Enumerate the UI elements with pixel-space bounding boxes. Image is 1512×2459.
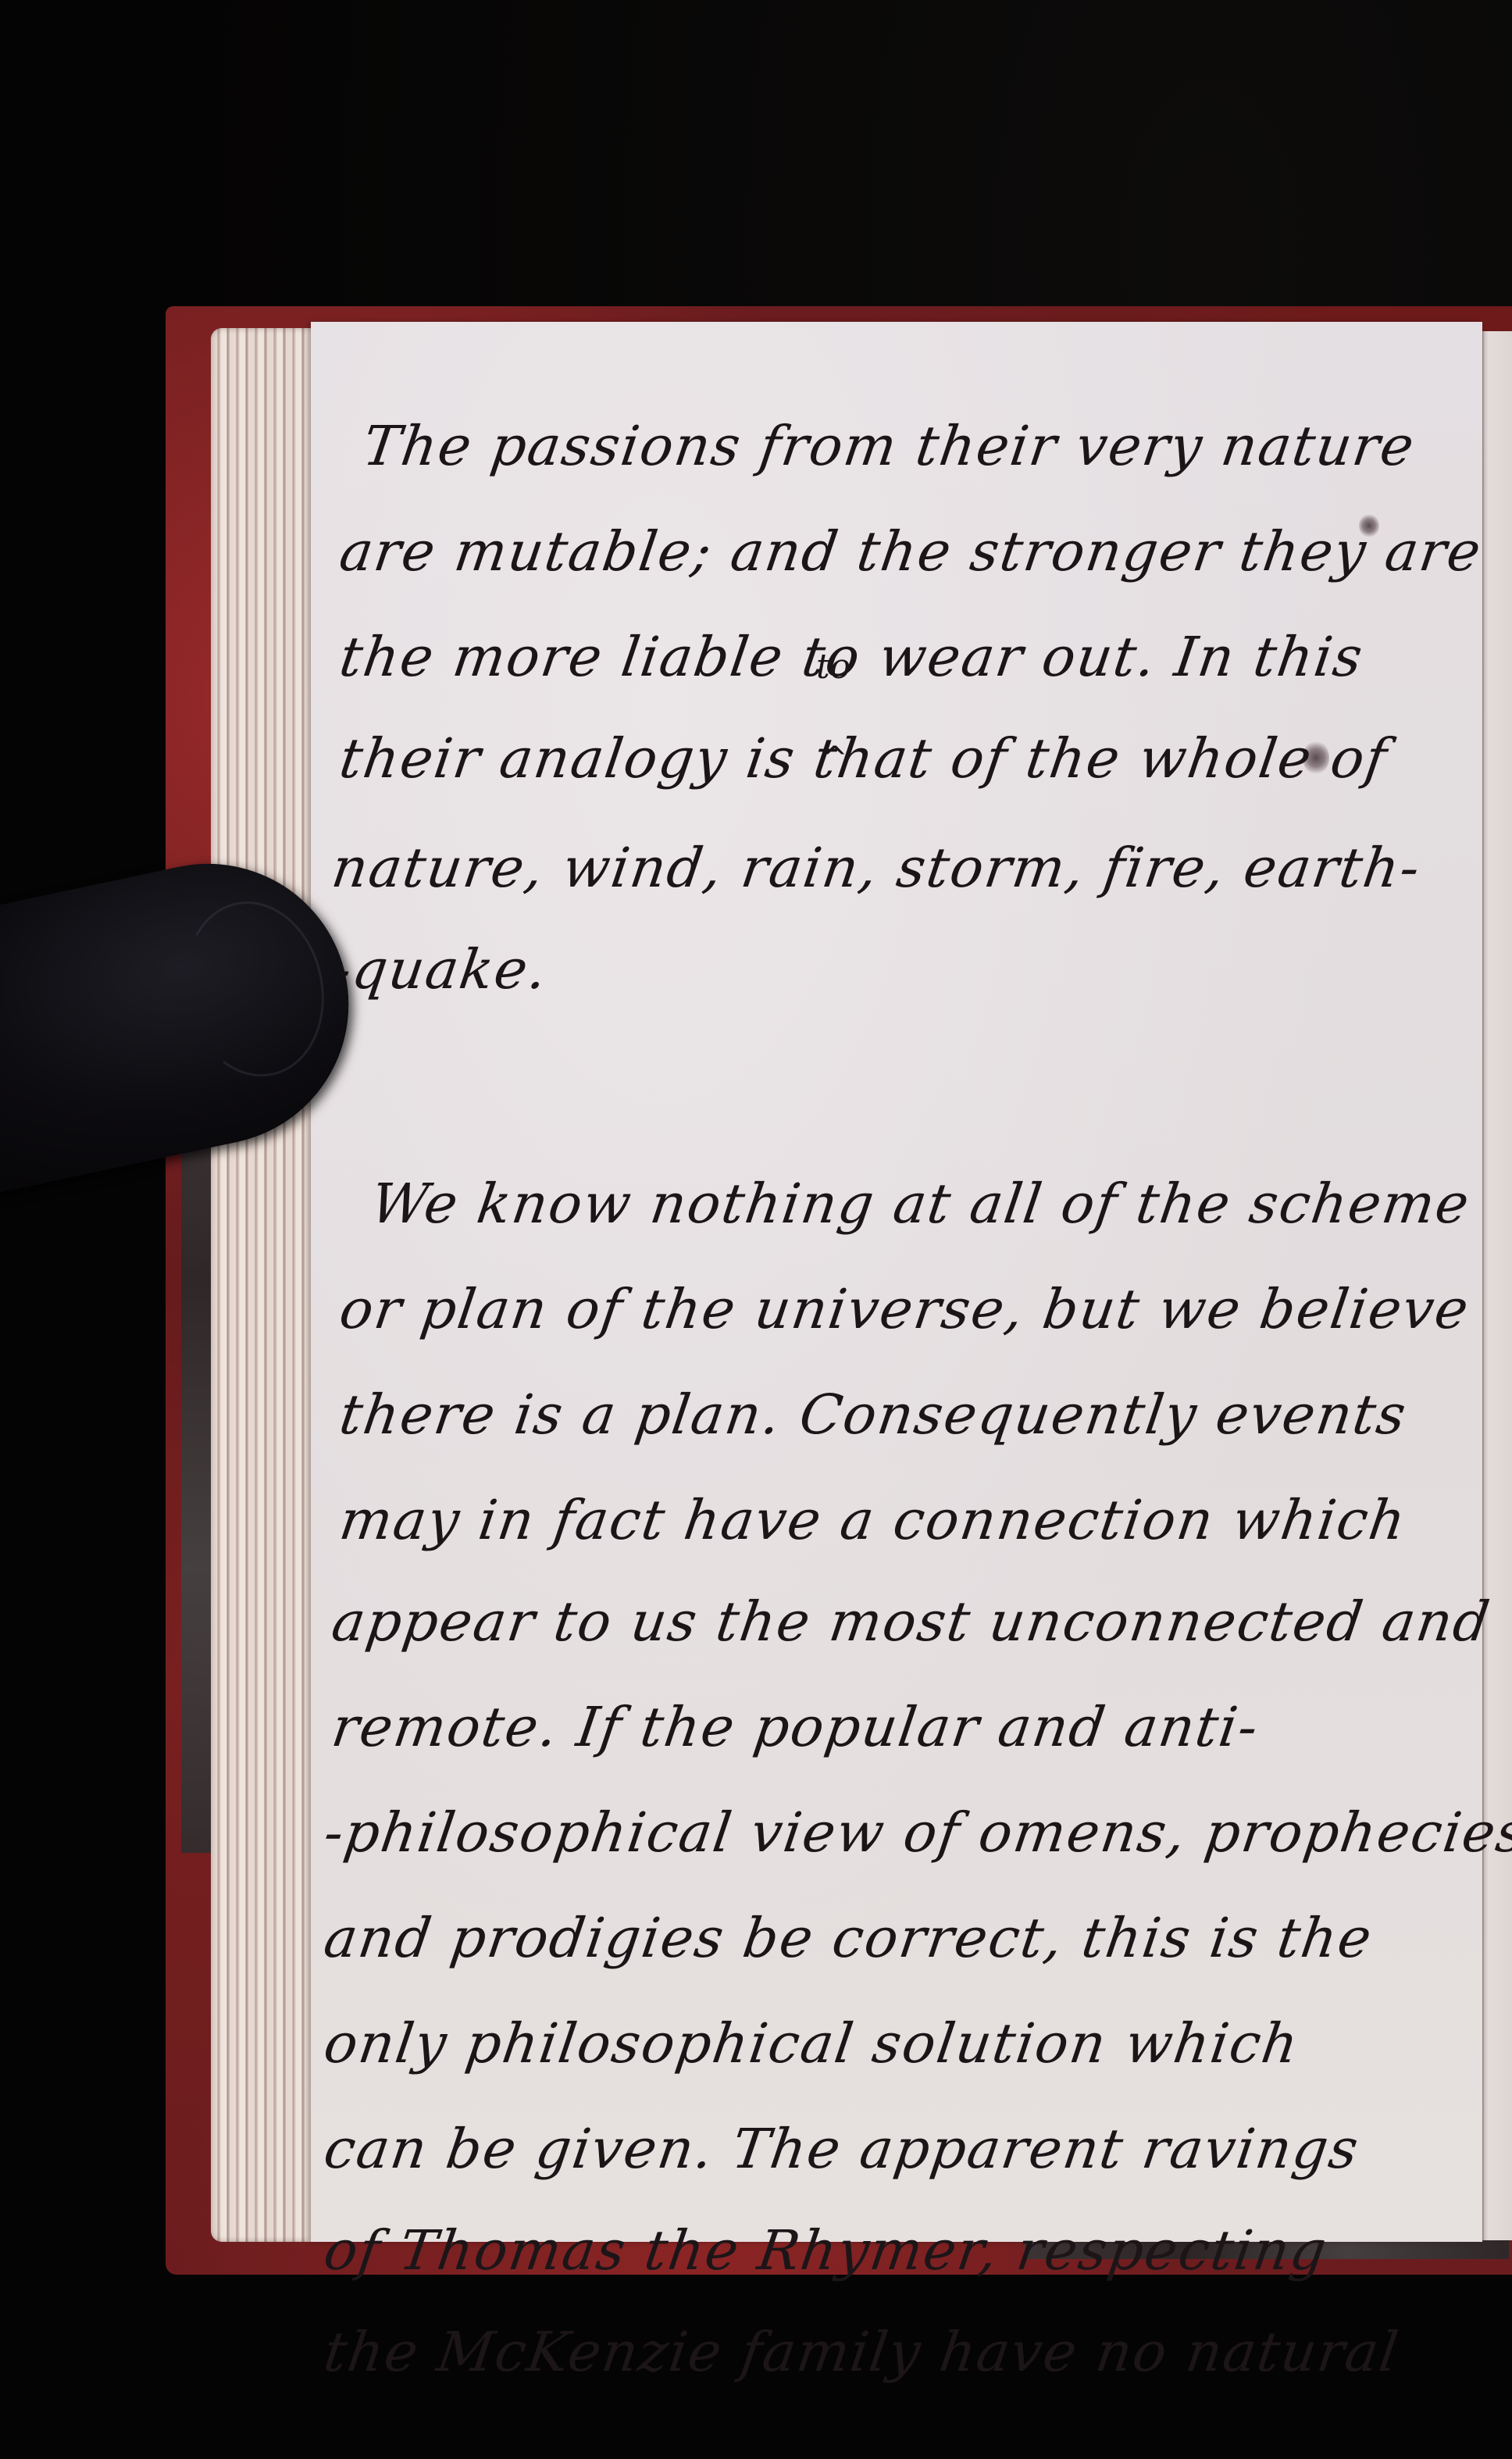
thumb-tip-fold	[169, 888, 340, 1090]
text-line: the McKenzie family have no natural	[320, 2320, 1403, 2384]
text-line: and prodigies be correct, this is the	[320, 1906, 1377, 1970]
page-stack-edge	[211, 328, 320, 2242]
text-line: appear to us the most unconnected and	[328, 1590, 1495, 1654]
text-line: The passions from their very nature	[359, 414, 1419, 478]
text-line: can be given. The apparent ravings	[320, 2117, 1364, 2181]
text-line: of Thomas the Rhymer, respecting	[320, 2218, 1332, 2282]
text-line: are mutable; and the stronger they are	[336, 519, 1486, 584]
text-line: nature, wind, rain, storm, fire, earth-	[328, 836, 1425, 900]
text-line: their analogy is that of the whole of	[336, 726, 1392, 791]
text-line: remote. If the popular and anti-	[328, 1695, 1263, 1759]
inserted-word: to	[816, 647, 850, 687]
text-line: the more liable to wear out. In this	[336, 625, 1368, 689]
text-line: -quake.	[328, 937, 552, 1001]
next-page-edge	[1482, 331, 1512, 2240]
text-line: or plan of the universe, but we believe	[336, 1277, 1474, 1341]
caret-mark: ^	[822, 741, 848, 776]
text-line: only philosophical solution which	[320, 2011, 1303, 2075]
text-line: -philosophical view of omens, prophecies	[320, 1801, 1512, 1865]
text-line: We know nothing at all of the scheme	[367, 1172, 1475, 1236]
text-line: there is a plan. Consequently events	[336, 1383, 1411, 1447]
text-line: may in fact have a connection which	[336, 1488, 1410, 1552]
